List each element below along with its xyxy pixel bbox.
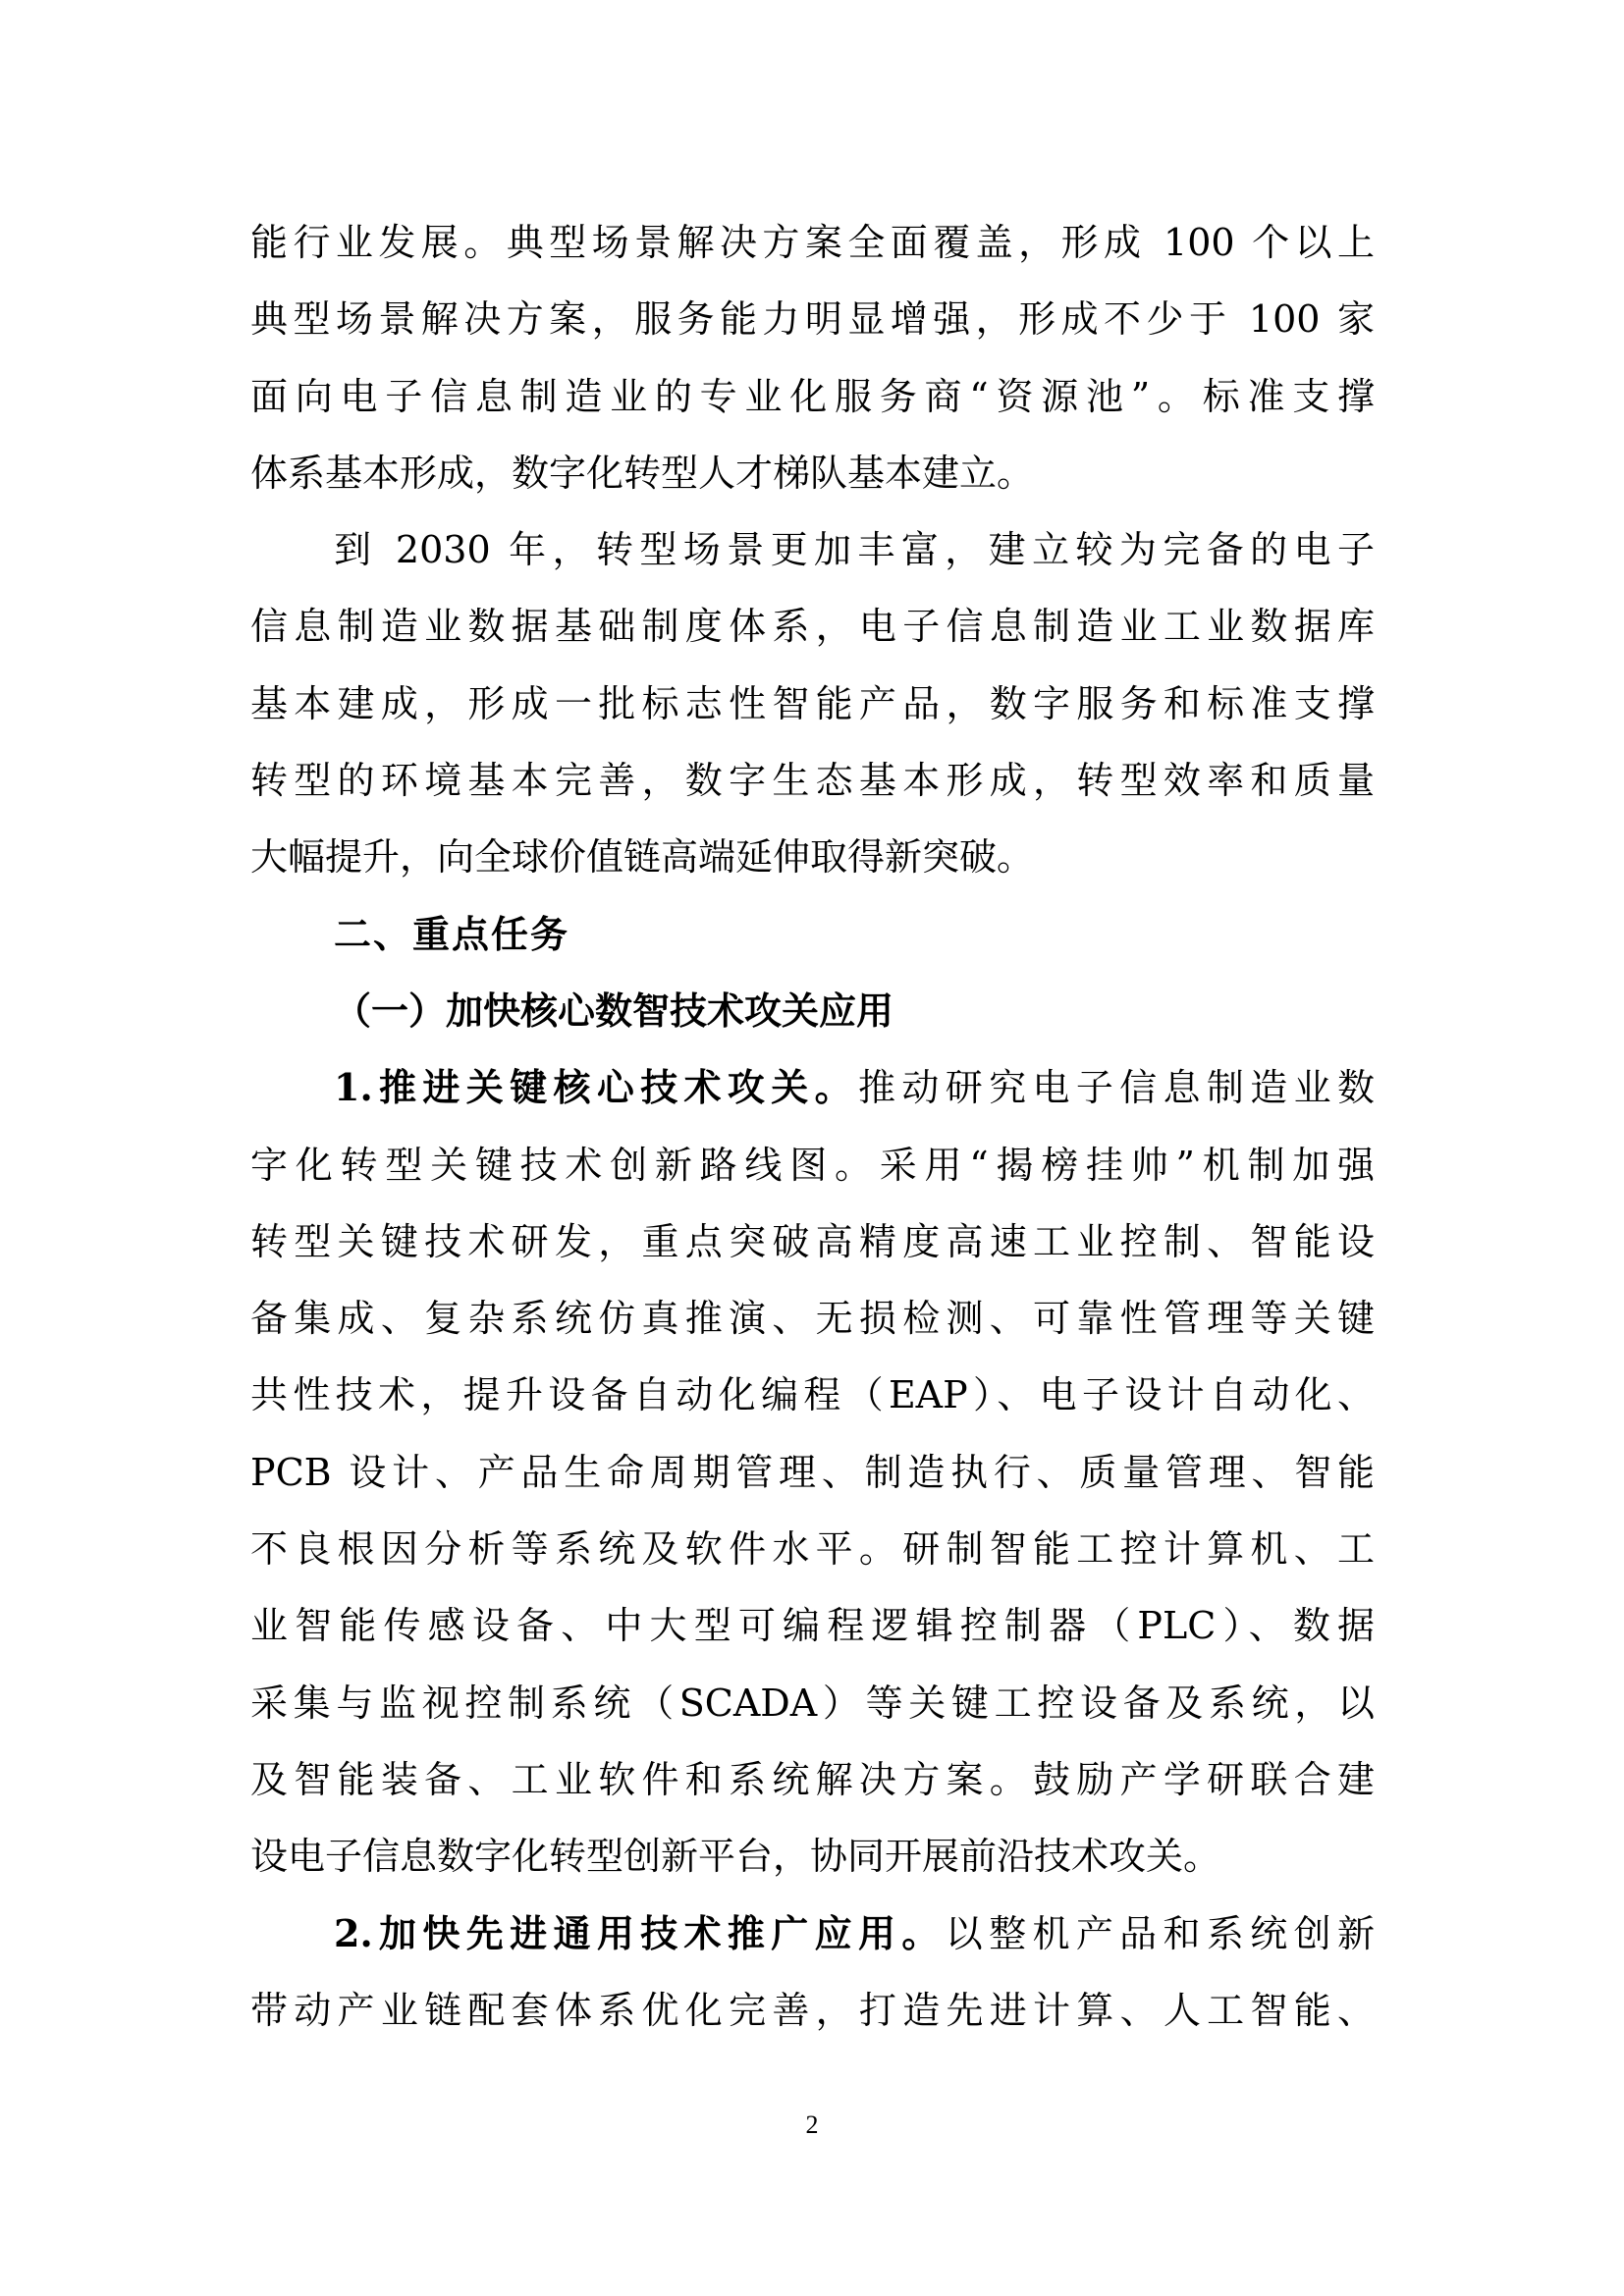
paragraph-task-1: 1.推进关键核心技术攻关。推动研究电子信息制造业数 字化转型关键技术创新路线图。…: [250, 1049, 1375, 1895]
section-heading: 二、重点任务: [250, 896, 1375, 973]
text-line: PCB 设计、产品生命周期管理、制造执行、质量管理、智能: [250, 1434, 1375, 1511]
text-line: 面向电子信息制造业的专业化服务商“资源池”。标准支撑: [250, 358, 1375, 435]
paragraph-targets-2025: 能行业发展。典型场景解决方案全面覆盖，形成 100 个以上 典型场景解决方案，服…: [250, 204, 1375, 511]
subsection-heading: （一）加快核心数智技术攻关应用: [250, 973, 1375, 1049]
text-line: 转型的环境基本完善，数字生态基本形成，转型效率和质量: [250, 742, 1375, 819]
paragraph-targets-2030: 到 2030 年，转型场景更加丰富，建立较为完备的电子 信息制造业数据基础制度体…: [250, 511, 1375, 895]
text-line: 共性技术，提升设备自动化编程（EAP）、电子设计自动化、: [250, 1357, 1375, 1433]
text-line: 到 2030 年，转型场景更加丰富，建立较为完备的电子: [250, 511, 1375, 588]
text-line: 备集成、复杂系统仿真推演、无损检测、可靠性管理等关键: [250, 1280, 1375, 1357]
task-title: 2.加快先进通用技术推广应用。: [334, 1911, 946, 1955]
text-line: 采集与监视控制系统（SCADA）等关键工控设备及系统，以: [250, 1665, 1375, 1741]
text-line: 及智能装备、工业软件和系统解决方案。鼓励产学研联合建: [250, 1741, 1375, 1818]
text-line: 不良根因分析等系统及软件水平。研制智能工控计算机、工: [250, 1511, 1375, 1587]
text-line: 转型关键技术研发，重点突破高精度高速工业控制、智能设: [250, 1203, 1375, 1280]
text-line: 基本建成，形成一批标志性智能产品，数字服务和标准支撑: [250, 666, 1375, 742]
task-title: 1.推进关键核心技术攻关。: [334, 1065, 858, 1109]
page-number: 2: [0, 2110, 1624, 2140]
text-line: 带动产业链配套体系优化完善，打造先进计算、人工智能、: [250, 1972, 1375, 2049]
text-line: 字化转型关键技术创新路线图。采用“揭榜挂帅”机制加强: [250, 1127, 1375, 1203]
text-line: 能行业发展。典型场景解决方案全面覆盖，形成 100 个以上: [250, 204, 1375, 281]
task-text: 推动研究电子信息制造业数: [858, 1066, 1375, 1109]
text-line: 业智能传感设备、中大型可编程逻辑控制器（PLC）、数据: [250, 1587, 1375, 1664]
body-text: 能行业发展。典型场景解决方案全面覆盖，形成 100 个以上 典型场景解决方案，服…: [250, 204, 1375, 2049]
document-page: 能行业发展。典型场景解决方案全面覆盖，形成 100 个以上 典型场景解决方案，服…: [0, 0, 1624, 2296]
task-text: 以整机产品和系统创新: [946, 1912, 1375, 1955]
text-line: 2.加快先进通用技术推广应用。以整机产品和系统创新: [250, 1896, 1375, 1972]
text-line: 信息制造业数据基础制度体系，电子信息制造业工业数据库: [250, 588, 1375, 665]
paragraph-task-2: 2.加快先进通用技术推广应用。以整机产品和系统创新 带动产业链配套体系优化完善，…: [250, 1896, 1375, 2050]
text-line: 设电子信息数字化转型创新平台，协同开展前沿技术攻关。: [250, 1818, 1375, 1895]
text-line: 1.推进关键核心技术攻关。推动研究电子信息制造业数: [250, 1049, 1375, 1126]
text-line: 体系基本形成，数字化转型人才梯队基本建立。: [250, 435, 1375, 511]
text-line: 典型场景解决方案，服务能力明显增强，形成不少于 100 家: [250, 281, 1375, 357]
text-line: 大幅提升，向全球价值链高端延伸取得新突破。: [250, 819, 1375, 895]
